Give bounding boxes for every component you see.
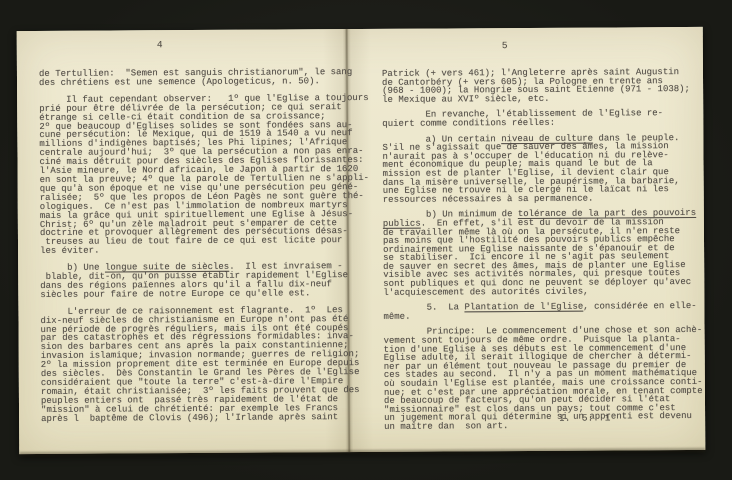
- left-page-text-column: de Tertullien: "Semen est sanguis christ…: [39, 68, 375, 432]
- paper-spread: 4 5 de Tertullien: "Semen est sanguis ch…: [17, 27, 706, 454]
- paragraph: de Tertullien: "Semen est sanguis christ…: [39, 68, 373, 88]
- paragraph: Principe: Le commencement d'une chose et…: [384, 326, 719, 431]
- text-line: des chrétiens est une semence (Apologeti…: [39, 77, 373, 88]
- text-line: siècles pour faire de notre Europe ce qu…: [40, 289, 374, 300]
- right-page-number: 5: [502, 40, 508, 51]
- text-line: quiert comme conditions réelles:: [382, 118, 716, 129]
- text-line: un maître dan son art.: [384, 421, 718, 432]
- paper-bottom-edge-shadow: [19, 448, 705, 456]
- paragraph: 5. La Plantation de l'Eglise, considérée…: [383, 302, 717, 321]
- paragraph: Patrick (+ vers 461); l'Angleterre après…: [382, 68, 716, 104]
- left-page-number: 4: [157, 39, 163, 50]
- section-reference-mark: I. 5. 1: [559, 412, 610, 423]
- paragraph: b) Un minimum de tolérance de la part de…: [383, 209, 718, 297]
- right-page-text-column: Patrick (+ vers 461); l'Angleterre après…: [382, 68, 718, 439]
- paragraph: b) Une longue suite de siècles. Il est i…: [40, 262, 374, 300]
- text-line: l'acquiescement des autorités civiles,: [383, 286, 717, 297]
- text-line: 5. La Plantation de l'Eglise, considérée…: [383, 302, 717, 313]
- text-line: ressources nécessaires à sa permanence.: [383, 194, 717, 205]
- paragraph: a) Un certain niveau de culture dans le …: [382, 133, 716, 204]
- paragraph: En revanche, l'établissement de l'Eglise…: [382, 109, 716, 128]
- paragraph: L'erreur de ce raisonnement est flagrant…: [40, 306, 375, 424]
- scanned-document-page: { "colors": { "background": "#1e1f1a", "…: [0, 0, 732, 480]
- text-line: les éviter.: [40, 245, 374, 256]
- paragraph: Il faut cependant observer: 1º que l'Egl…: [39, 94, 374, 256]
- text-line: après l baptême de Clovis (496); l'Irlan…: [41, 413, 375, 424]
- text-line: le Mexique au XVIº siècle, etc.: [382, 94, 716, 105]
